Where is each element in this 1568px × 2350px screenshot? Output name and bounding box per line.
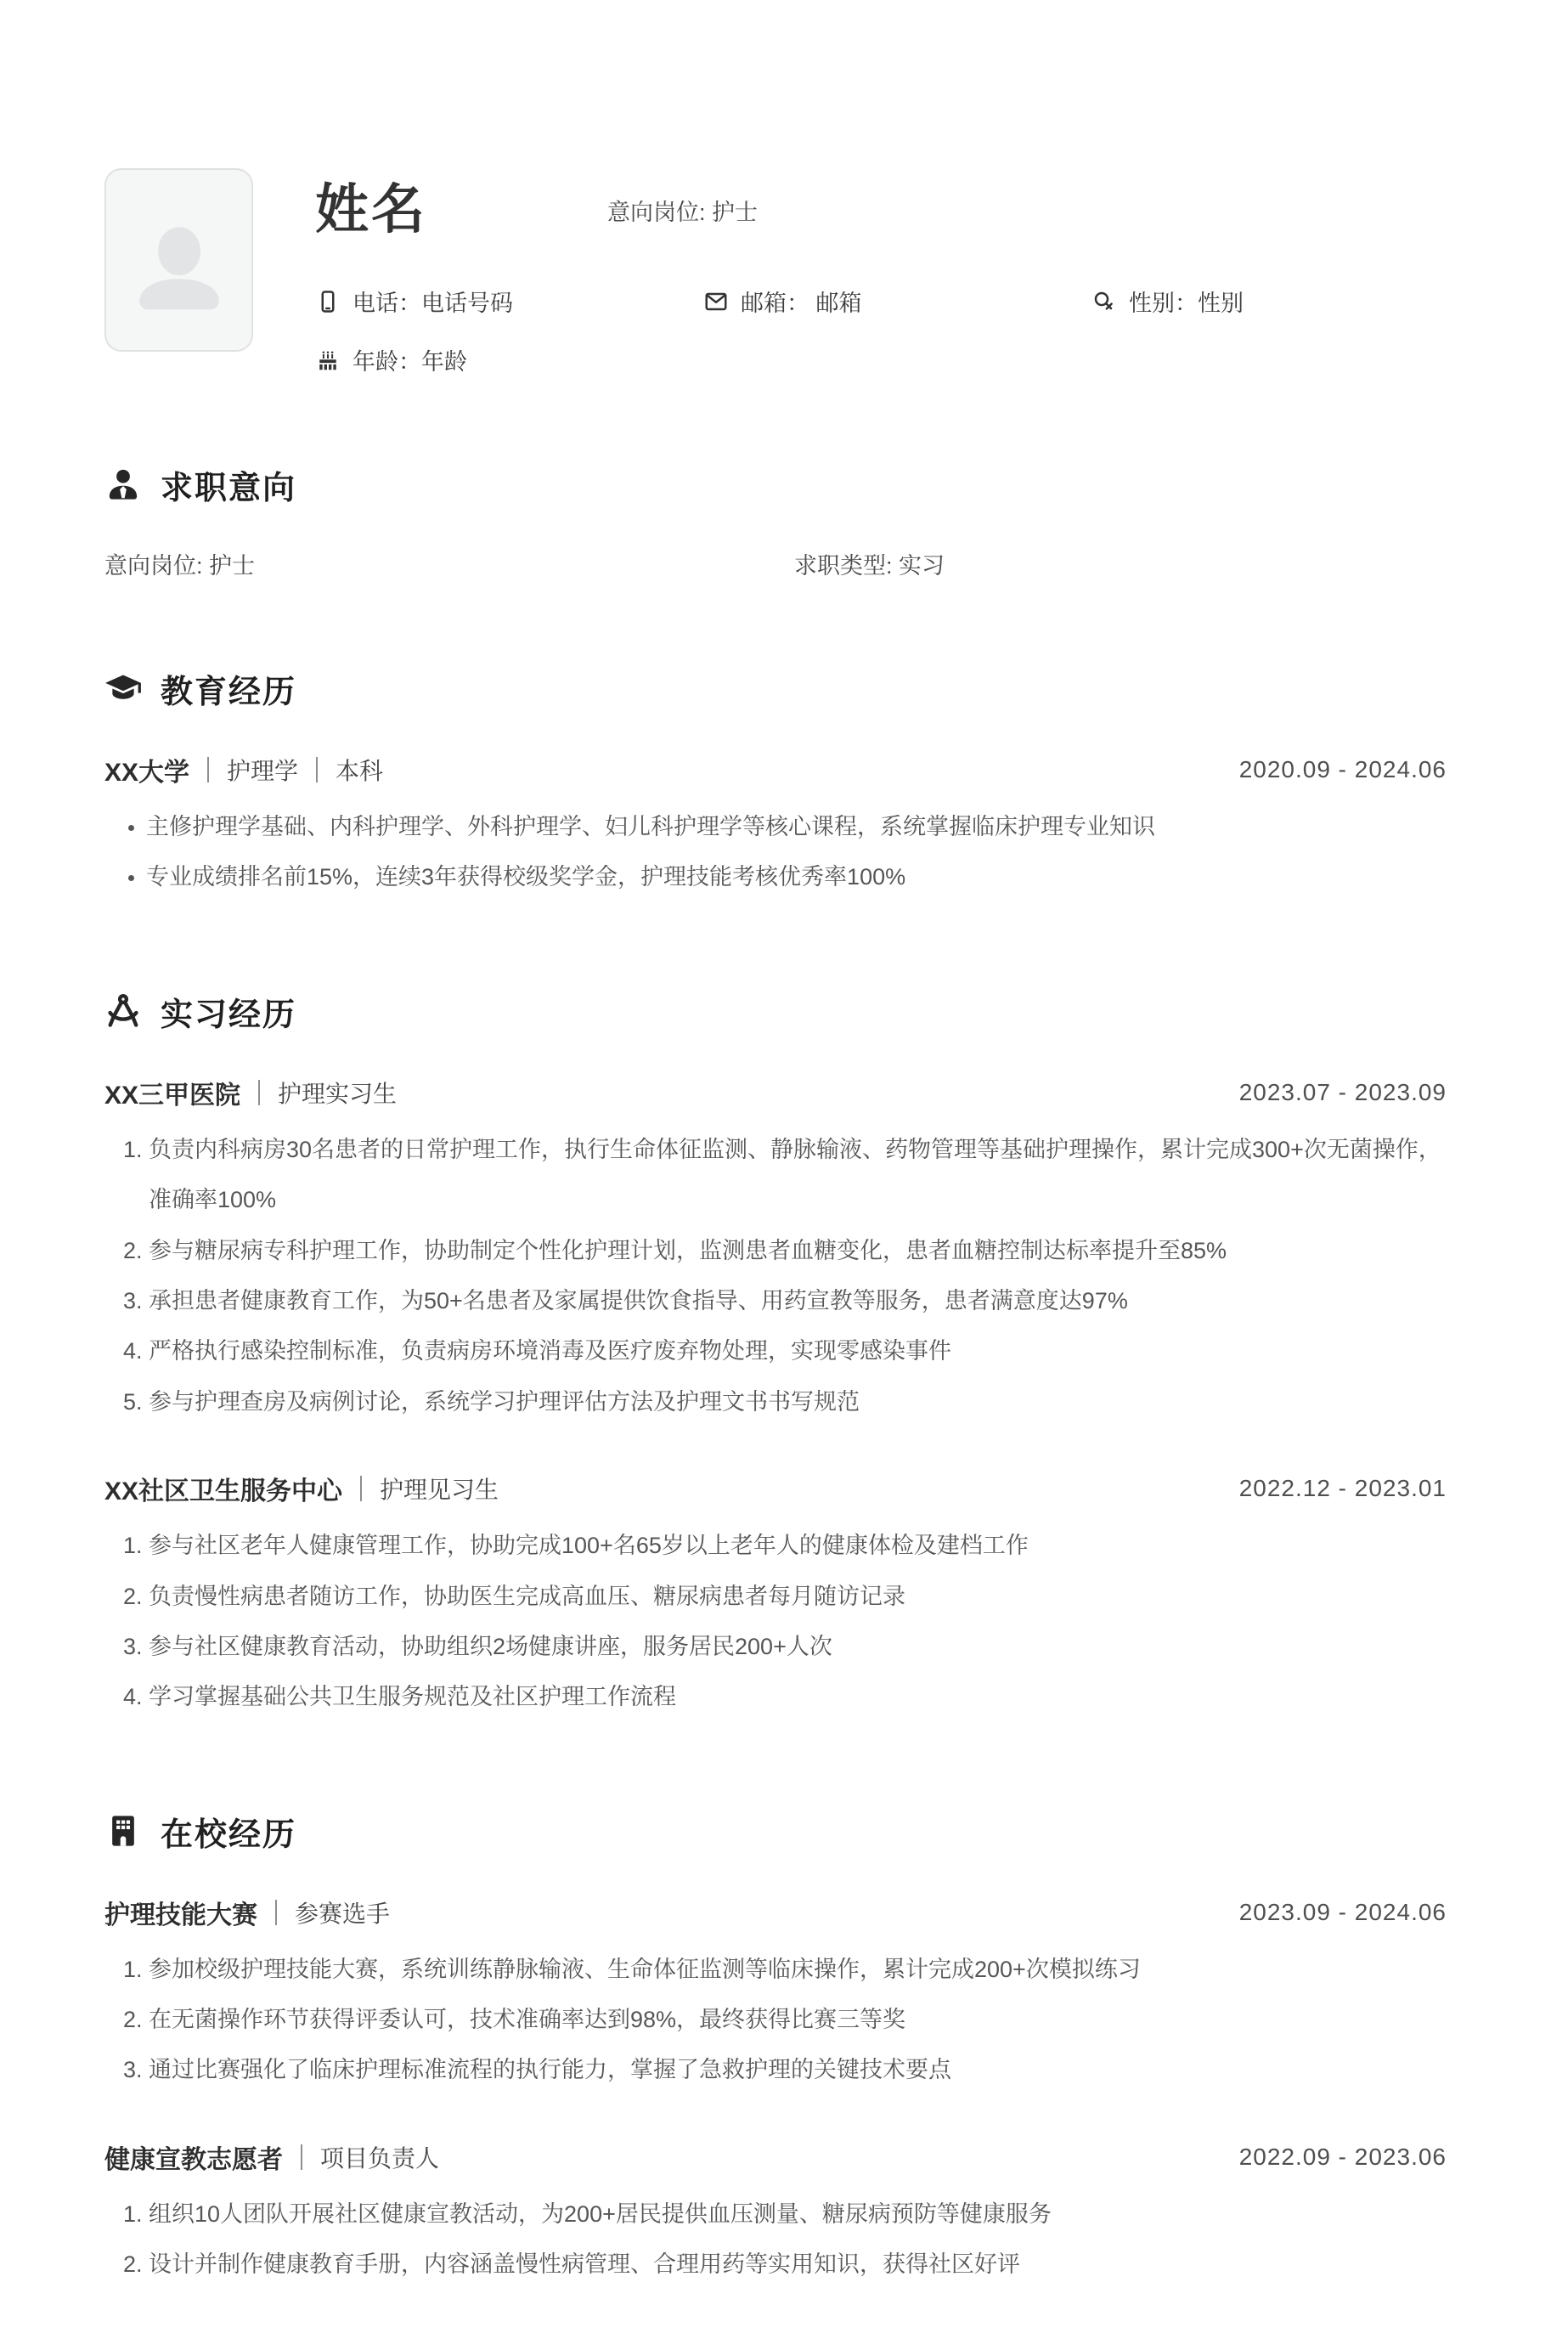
section-education: 教育经历 XX大学 护理学 本科 2020.09 - 2024.06 主修护理学… bbox=[104, 665, 1447, 903]
building-icon bbox=[104, 1812, 142, 1850]
job-intent-title: 求职意向 bbox=[161, 461, 296, 508]
campus-entry: 护理技能大赛 参赛选手 2023.09 - 2024.06 参加校级护理技能大赛… bbox=[104, 1894, 1447, 2096]
contact-item-phone: 电话：电话号码 bbox=[315, 285, 703, 318]
list-item: 承担患者健康教育工作，为50+名患者及家属提供饮食指导、用药宣教等服务，患者满意… bbox=[149, 1276, 1447, 1326]
contact-gender-text: 性别：性别 bbox=[1129, 285, 1244, 318]
contact-phone-text: 电话：电话号码 bbox=[353, 285, 513, 318]
separator bbox=[301, 2144, 302, 2170]
envelope-icon bbox=[703, 289, 729, 314]
list-item: 学习掌握基础公共卫生服务规范及社区护理工作流程 bbox=[149, 1672, 1447, 1722]
name-row: 姓名 意向岗位: 护士 bbox=[315, 184, 1447, 237]
mobile-icon bbox=[315, 289, 341, 314]
contact-age-text: 年龄：年龄 bbox=[353, 343, 467, 376]
campus-item-list: 组织10人团队开展社区健康宣教活动，为200+居民提供血压测量、糖尿病预防等健康… bbox=[104, 2189, 1447, 2291]
internship-entry-head: XX三甲医院 护理实习生 2023.07 - 2023.09 bbox=[104, 1074, 1447, 1111]
org-name: XX社区卫生服务中心 bbox=[104, 1470, 342, 1507]
campus-item-list: 参加校级护理技能大赛，系统训练静脉输液、生命体征监测等临床操作，累计完成200+… bbox=[104, 1945, 1447, 2096]
education-entry: XX大学 护理学 本科 2020.09 - 2024.06 主修护理学基础、内科… bbox=[104, 751, 1447, 903]
user-silhouette-icon bbox=[127, 204, 231, 331]
separator bbox=[316, 757, 318, 782]
graduation-cap-icon bbox=[104, 670, 142, 708]
header-intent-label: 意向岗位: 护士 bbox=[607, 194, 758, 227]
header-main: 姓名 意向岗位: 护士 电话：电话号码 邮箱： 邮箱 bbox=[315, 168, 1447, 376]
resume-header: 姓名 意向岗位: 护士 电话：电话号码 邮箱： 邮箱 bbox=[104, 168, 1447, 376]
activity-name: 护理技能大赛 bbox=[104, 1894, 257, 1931]
major: 护理学 bbox=[227, 753, 298, 787]
contact-grid: 电话：电话号码 邮箱： 邮箱 性别：性别 bbox=[315, 285, 1447, 376]
list-item: 通过比赛强化了临床护理标准流程的执行能力，掌握了急救护理的关键技术要点 bbox=[149, 2045, 1447, 2095]
contact-item-gender: 性别：性别 bbox=[1091, 285, 1447, 318]
internship-entry: XX社区卫生服务中心 护理见习生 2022.12 - 2023.01 参与社区老… bbox=[104, 1470, 1447, 1723]
role-name: 参赛选手 bbox=[295, 1895, 390, 1929]
internship-entry: XX三甲医院 护理实习生 2023.07 - 2023.09 负责内科病房30名… bbox=[104, 1074, 1447, 1427]
separator bbox=[275, 1900, 277, 1925]
job-intent-title-row: 求职意向 bbox=[104, 461, 1447, 508]
campus-entry: 健康宣教志愿者 项目负责人 2022.09 - 2023.06 组织10人团队开… bbox=[104, 2138, 1447, 2291]
list-item: 参与护理查房及病例讨论，系统学习护理评估方法及护理文书书写规范 bbox=[149, 1377, 1447, 1427]
list-item: 主修护理学基础、内科护理学、外科护理学、妇儿科护理学等核心课程，系统掌握临床护理… bbox=[146, 802, 1447, 852]
contact-email-text: 邮箱： 邮箱 bbox=[741, 285, 862, 318]
activity-name: 健康宣教志愿者 bbox=[104, 2138, 283, 2176]
photo-placeholder bbox=[104, 168, 253, 352]
org-name: XX三甲医院 bbox=[104, 1074, 240, 1111]
entry-date: 2023.07 - 2023.09 bbox=[1239, 1079, 1447, 1106]
campus-title: 在校经历 bbox=[161, 1808, 296, 1855]
education-bullet-list: 主修护理学基础、内科护理学、外科护理学、妇儿科护理学等核心课程，系统掌握临床护理… bbox=[104, 802, 1447, 903]
internship-entry-head: XX社区卫生服务中心 护理见习生 2022.12 - 2023.01 bbox=[104, 1470, 1447, 1507]
candidate-name: 姓名 bbox=[315, 184, 427, 237]
list-item: 严格执行感染控制标准，负责病房环境消毒及医疗废弃物处理，实现零感染事件 bbox=[149, 1326, 1447, 1376]
resume-page: 姓名 意向岗位: 护士 电话：电话号码 邮箱： 邮箱 bbox=[0, 0, 1551, 2350]
contact-item-age: 年龄：年龄 bbox=[315, 343, 703, 376]
intent-type: 求职类型: 实习 bbox=[794, 547, 1447, 580]
list-item: 组织10人团队开展社区健康宣教活动，为200+居民提供血压测量、糖尿病预防等健康… bbox=[149, 2189, 1447, 2240]
list-item: 专业成绩排名前15%，连续3年获得校级奖学金，护理技能考核优秀率100% bbox=[146, 852, 1447, 902]
education-entry-head: XX大学 护理学 本科 2020.09 - 2024.06 bbox=[104, 751, 1447, 788]
list-item: 参与糖尿病专科护理工作，协助制定个性化护理计划，监测患者血糖变化，患者血糖控制达… bbox=[149, 1226, 1447, 1276]
school-name: XX大学 bbox=[104, 751, 189, 788]
contact-item-email: 邮箱： 邮箱 bbox=[703, 285, 1091, 318]
gender-icon bbox=[1091, 289, 1117, 314]
user-tie-icon bbox=[104, 466, 142, 504]
section-job-intent: 求职意向 意向岗位: 护士 求职类型: 实习 bbox=[104, 461, 1447, 580]
entry-date: 2022.12 - 2023.01 bbox=[1239, 1475, 1447, 1502]
cake-icon bbox=[315, 347, 341, 373]
separator bbox=[360, 1476, 362, 1501]
role-name: 护理实习生 bbox=[278, 1076, 397, 1110]
degree: 本科 bbox=[336, 753, 383, 787]
education-title-row: 教育经历 bbox=[104, 665, 1447, 712]
section-internship: 实习经历 XX三甲医院 护理实习生 2023.07 - 2023.09 负责内科… bbox=[104, 988, 1447, 1723]
job-intent-fields: 意向岗位: 护士 求职类型: 实习 bbox=[104, 547, 1447, 580]
drafting-compass-icon bbox=[104, 992, 142, 1030]
list-item: 在无菌操作环节获得评委认可，技术准确率达到98%，最终获得比赛三等奖 bbox=[149, 1995, 1447, 2045]
campus-title-row: 在校经历 bbox=[104, 1808, 1447, 1855]
campus-entry-head: 护理技能大赛 参赛选手 2023.09 - 2024.06 bbox=[104, 1894, 1447, 1931]
education-title: 教育经历 bbox=[161, 665, 296, 712]
campus-entry-head: 健康宣教志愿者 项目负责人 2022.09 - 2023.06 bbox=[104, 2138, 1447, 2176]
internship-title-row: 实习经历 bbox=[104, 988, 1447, 1035]
list-item: 参加校级护理技能大赛，系统训练静脉输液、生命体征监测等临床操作，累计完成200+… bbox=[149, 1945, 1447, 1995]
section-campus: 在校经历 护理技能大赛 参赛选手 2023.09 - 2024.06 参加校级护… bbox=[104, 1808, 1447, 2291]
list-item: 负责慢性病患者随访工作，协助医生完成高血压、糖尿病患者每月随访记录 bbox=[149, 1572, 1447, 1622]
education-date: 2020.09 - 2024.06 bbox=[1239, 756, 1447, 783]
separator bbox=[207, 757, 209, 782]
internship-title: 实习经历 bbox=[161, 988, 296, 1035]
list-item: 负责内科病房30名患者的日常护理工作，执行生命体征监测、静脉输液、药物管理等基础… bbox=[149, 1125, 1447, 1226]
intent-position: 意向岗位: 护士 bbox=[104, 547, 794, 580]
internship-item-list: 负责内科病房30名患者的日常护理工作，执行生命体征监测、静脉输液、药物管理等基础… bbox=[104, 1125, 1447, 1427]
entry-date: 2023.09 - 2024.06 bbox=[1239, 1899, 1447, 1926]
role-name: 项目负责人 bbox=[320, 2140, 439, 2174]
role-name: 护理见习生 bbox=[380, 1472, 499, 1505]
separator bbox=[258, 1080, 260, 1105]
list-item: 参与社区健康教育活动，协助组织2场健康讲座，服务居民200+人次 bbox=[149, 1622, 1447, 1672]
entry-date: 2022.09 - 2023.06 bbox=[1239, 2144, 1447, 2171]
internship-item-list: 参与社区老年人健康管理工作，协助完成100+名65岁以上老年人的健康体检及建档工… bbox=[104, 1521, 1447, 1723]
list-item: 设计并制作健康教育手册，内容涵盖慢性病管理、合理用药等实用知识，获得社区好评 bbox=[149, 2240, 1447, 2290]
list-item: 参与社区老年人健康管理工作，协助完成100+名65岁以上老年人的健康体检及建档工… bbox=[149, 1521, 1447, 1571]
